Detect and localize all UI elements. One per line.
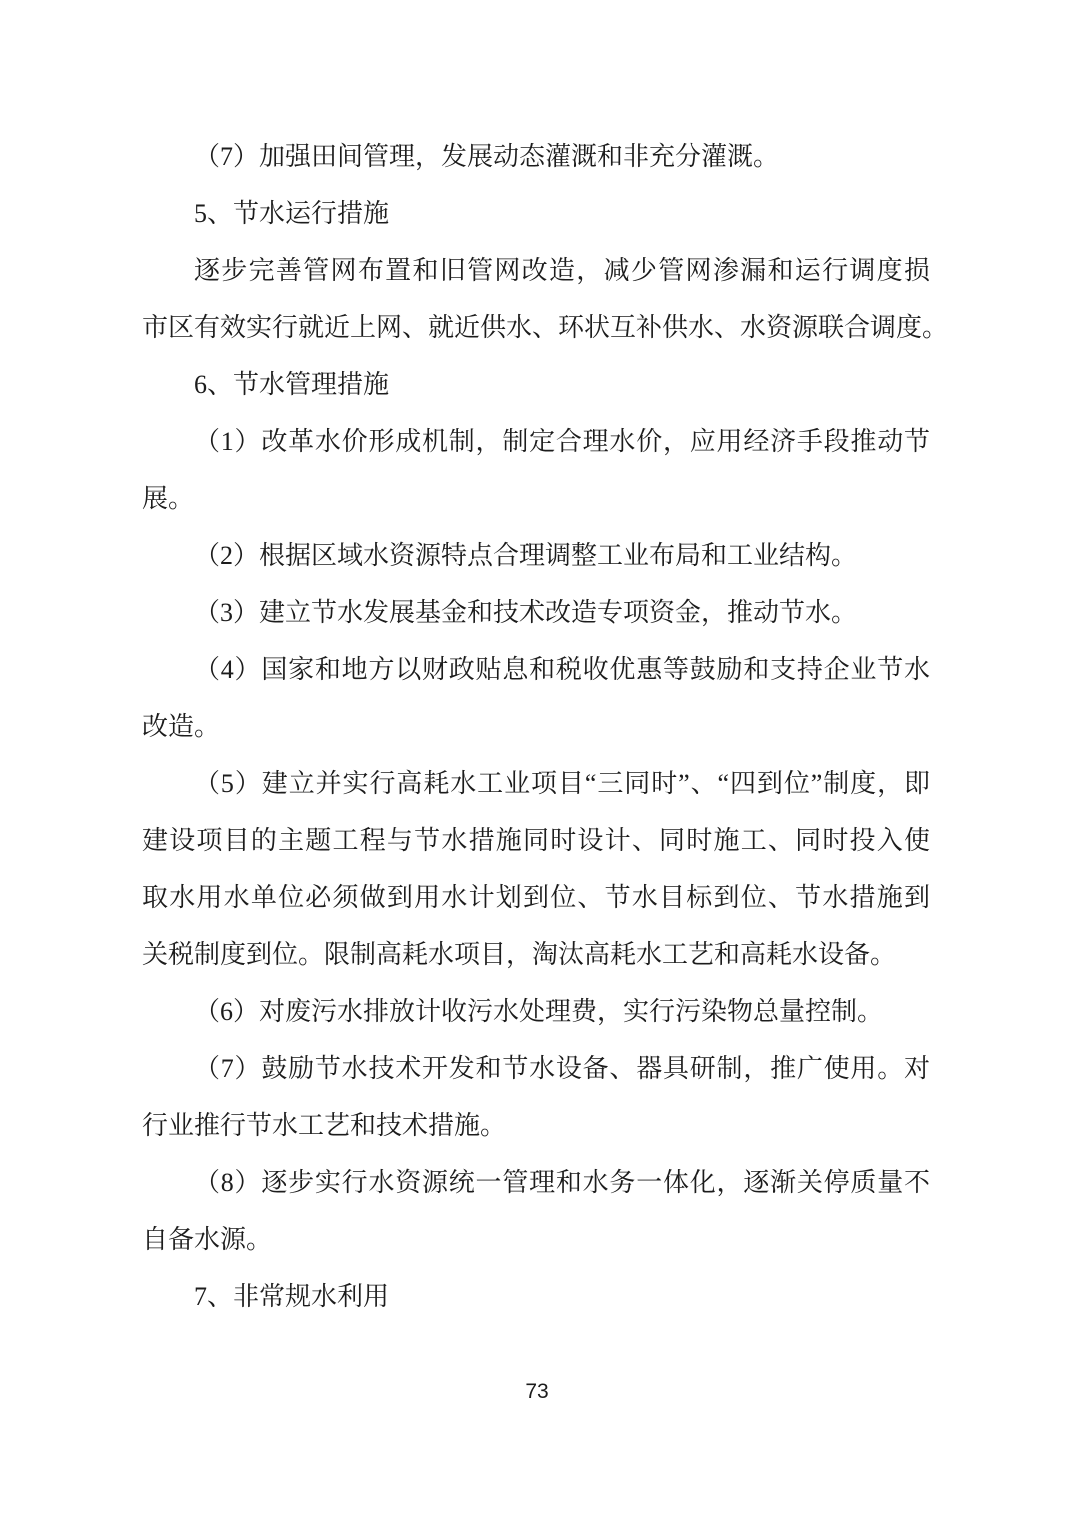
document-line: 市区有效实行就近上网、就近供水、环状互补供水、水资源联合调度。 bbox=[142, 299, 930, 356]
document-line: 展。 bbox=[142, 470, 930, 527]
document-line: （3）建立节水发展基金和技术改造专项资金，推动节水。 bbox=[142, 584, 930, 641]
document-line: 行业推行节水工艺和技术措施。 bbox=[142, 1097, 930, 1154]
document-line: 逐步完善管网布置和旧管网改造，减少管网渗漏和运行调度损失； bbox=[142, 242, 930, 299]
document-line: 6、节水管理措施 bbox=[142, 356, 930, 413]
document-line: （8）逐步实行水资源统一管理和水务一体化，逐渐关停质量不可靠 bbox=[142, 1154, 930, 1211]
page-number: 73 bbox=[0, 1380, 1074, 1404]
document-body: （7）加强田间管理，发展动态灌溉和非充分灌溉。 5、节水运行措施 逐步完善管网布… bbox=[142, 128, 930, 1325]
document-page: （7）加强田间管理，发展动态灌溉和非充分灌溉。 5、节水运行措施 逐步完善管网布… bbox=[0, 0, 1074, 1520]
document-line: （7）鼓励节水技术开发和节水设备、器具研制，推广使用。对重点 bbox=[142, 1040, 930, 1097]
document-line: 建设项目的主题工程与节水措施同时设计、同时施工、同时投入使用； bbox=[142, 812, 930, 869]
document-line: 7、非常规水利用 bbox=[142, 1268, 930, 1325]
document-line: （1）改革水价形成机制，制定合理水价，应用经济手段推动节水发 bbox=[142, 413, 930, 470]
document-line: （6）对废污水排放计收污水处理费，实行污染物总量控制。 bbox=[142, 983, 930, 1040]
document-line: 关税制度到位。限制高耗水项目，淘汰高耗水工艺和高耗水设备。 bbox=[142, 926, 930, 983]
document-line: 改造。 bbox=[142, 698, 930, 755]
document-line: （4）国家和地方以财政贴息和税收优惠等鼓励和支持企业节水技术 bbox=[142, 641, 930, 698]
document-line: 自备水源。 bbox=[142, 1211, 930, 1268]
document-line: （5）建立并实行高耗水工业项目“三同时”、“四到位”制度，即 bbox=[142, 755, 930, 812]
document-line: （2）根据区域水资源特点合理调整工业布局和工业结构。 bbox=[142, 527, 930, 584]
document-line: （7）加强田间管理，发展动态灌溉和非充分灌溉。 bbox=[142, 128, 930, 185]
document-line: 取水用水单位必须做到用水计划到位、节水目标到位、节水措施到位、 bbox=[142, 869, 930, 926]
document-line: 5、节水运行措施 bbox=[142, 185, 930, 242]
